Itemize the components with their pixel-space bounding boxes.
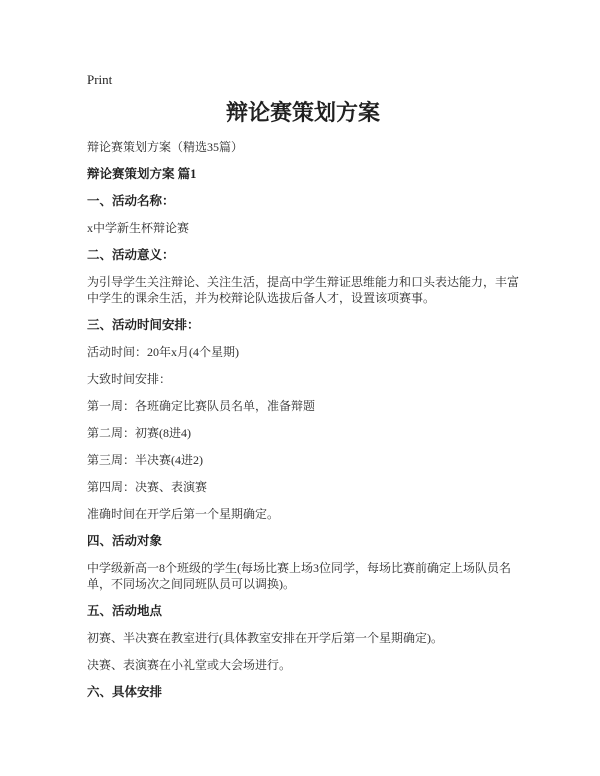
paragraph: 第三周：半决赛(4进2) bbox=[87, 452, 519, 468]
paragraph: 初赛、半决赛在教室进行(具体教室安排在开学后第一个星期确定)。 bbox=[87, 630, 519, 646]
paragraph: 决赛、表演赛在小礼堂或大会场进行。 bbox=[87, 657, 519, 673]
paragraph: 为引导学生关注辩论、关注生活，提高中学生辩证思维能力和口头表达能力，丰富中学生的… bbox=[87, 274, 519, 306]
print-button[interactable]: Print bbox=[87, 72, 112, 88]
paragraph: 中学级新高一8个班级的学生(每场比赛上场3位同学，每场比赛前确定上场队员名单，不… bbox=[87, 560, 519, 592]
section-heading: 六、具体安排 bbox=[87, 684, 519, 700]
paragraph: x中学新生杯辩论赛 bbox=[87, 220, 519, 236]
page-title: 辩论赛策划方案 bbox=[87, 100, 519, 126]
section-heading: 三、活动时间安排： bbox=[87, 317, 519, 333]
section-heading: 辩论赛策划方案 篇1 bbox=[87, 166, 519, 182]
paragraph: 辩论赛策划方案（精选35篇） bbox=[87, 139, 519, 155]
paragraph: 第四周：决赛、表演赛 bbox=[87, 479, 519, 495]
section-heading: 二、活动意义： bbox=[87, 247, 519, 263]
section-heading: 一、活动名称： bbox=[87, 193, 519, 209]
section-heading: 五、活动地点 bbox=[87, 603, 519, 619]
paragraph: 大致时间安排： bbox=[87, 371, 519, 387]
paragraph: 第二周：初赛(8进4) bbox=[87, 425, 519, 441]
document-page: Print 辩论赛策划方案 辩论赛策划方案（精选35篇）辩论赛策划方案 篇1一、… bbox=[0, 0, 600, 776]
paragraph: 活动时间：20年x月(4个星期) bbox=[87, 344, 519, 360]
section-heading: 四、活动对象 bbox=[87, 533, 519, 549]
paragraph: 第一周：各班确定比赛队员名单，准备辩题 bbox=[87, 398, 519, 414]
paragraph: 准确时间在开学后第一个星期确定。 bbox=[87, 506, 519, 522]
document-body: 辩论赛策划方案（精选35篇）辩论赛策划方案 篇1一、活动名称：x中学新生杯辩论赛… bbox=[87, 139, 519, 700]
